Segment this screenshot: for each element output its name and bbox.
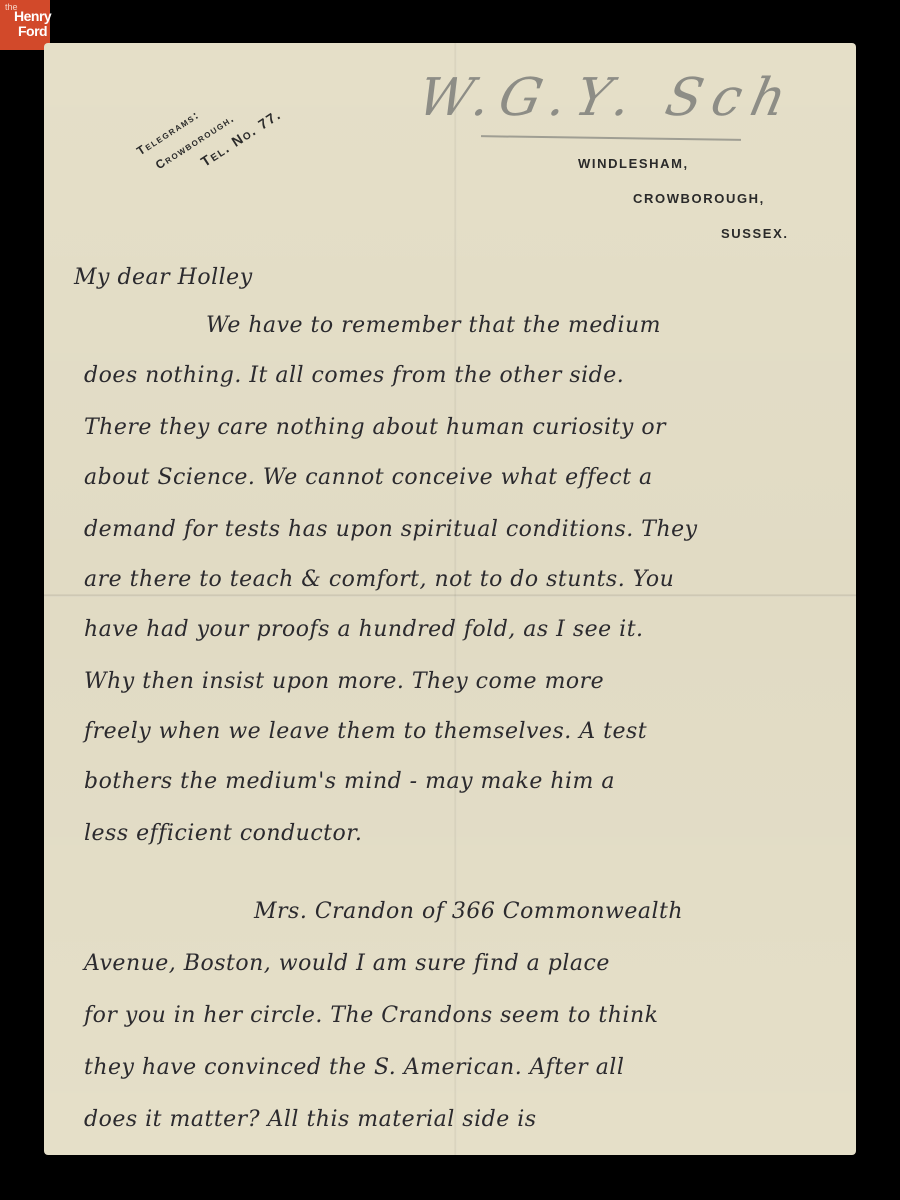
vertical-fold-line [454, 43, 457, 1155]
letter-page: W.G.Y. Sch Telegrams: Crowborough. Tel. … [44, 43, 856, 1155]
letter-line: bothers the medium's mind - may make him… [84, 769, 615, 794]
letter-line: Avenue, Boston, would I am sure find a p… [84, 951, 610, 976]
the-henry-ford-logo: the Henry Ford [0, 0, 50, 50]
address-line-3: SUSSEX. [721, 226, 789, 241]
logo-henry: Henry [14, 9, 51, 23]
letter-line: about Science. We cannot conceive what e… [84, 465, 653, 490]
pencil-underline [481, 135, 741, 141]
letter-line: Why then insist upon more. They come mor… [84, 669, 604, 694]
letter-line: they have convinced the S. American. Aft… [84, 1055, 624, 1080]
horizontal-fold-line [44, 594, 856, 597]
letter-line: less efficient conductor. [84, 821, 362, 846]
letter-line: are there to teach & comfort, not to do … [84, 567, 674, 592]
address-line-1: WINDLESHAM, [578, 156, 689, 171]
letter-line: Mrs. Crandon of 366 Commonwealth [254, 899, 683, 924]
letter-line: does nothing. It all comes from the othe… [84, 363, 624, 388]
letter-line: for you in her circle. The Crandons seem… [84, 1003, 658, 1028]
letter-line: freely when we leave them to themselves.… [84, 719, 647, 744]
letter-line: have had your proofs a hundred fold, as … [84, 617, 644, 642]
letter-line: There they care nothing about human curi… [84, 415, 666, 440]
address-line-2: CROWBOROUGH, [633, 191, 765, 206]
letter-line: We have to remember that the medium [206, 313, 661, 338]
logo-ford: Ford [18, 24, 47, 38]
salutation: My dear Holley [74, 265, 253, 290]
pencil-annotation: W.G.Y. Sch [413, 68, 802, 128]
letter-line: demand for tests has upon spiritual cond… [84, 517, 698, 542]
letter-line: does it matter? All this material side i… [84, 1107, 537, 1132]
telegrams-block: Telegrams: Crowborough. Tel. No. 77. [132, 67, 286, 199]
